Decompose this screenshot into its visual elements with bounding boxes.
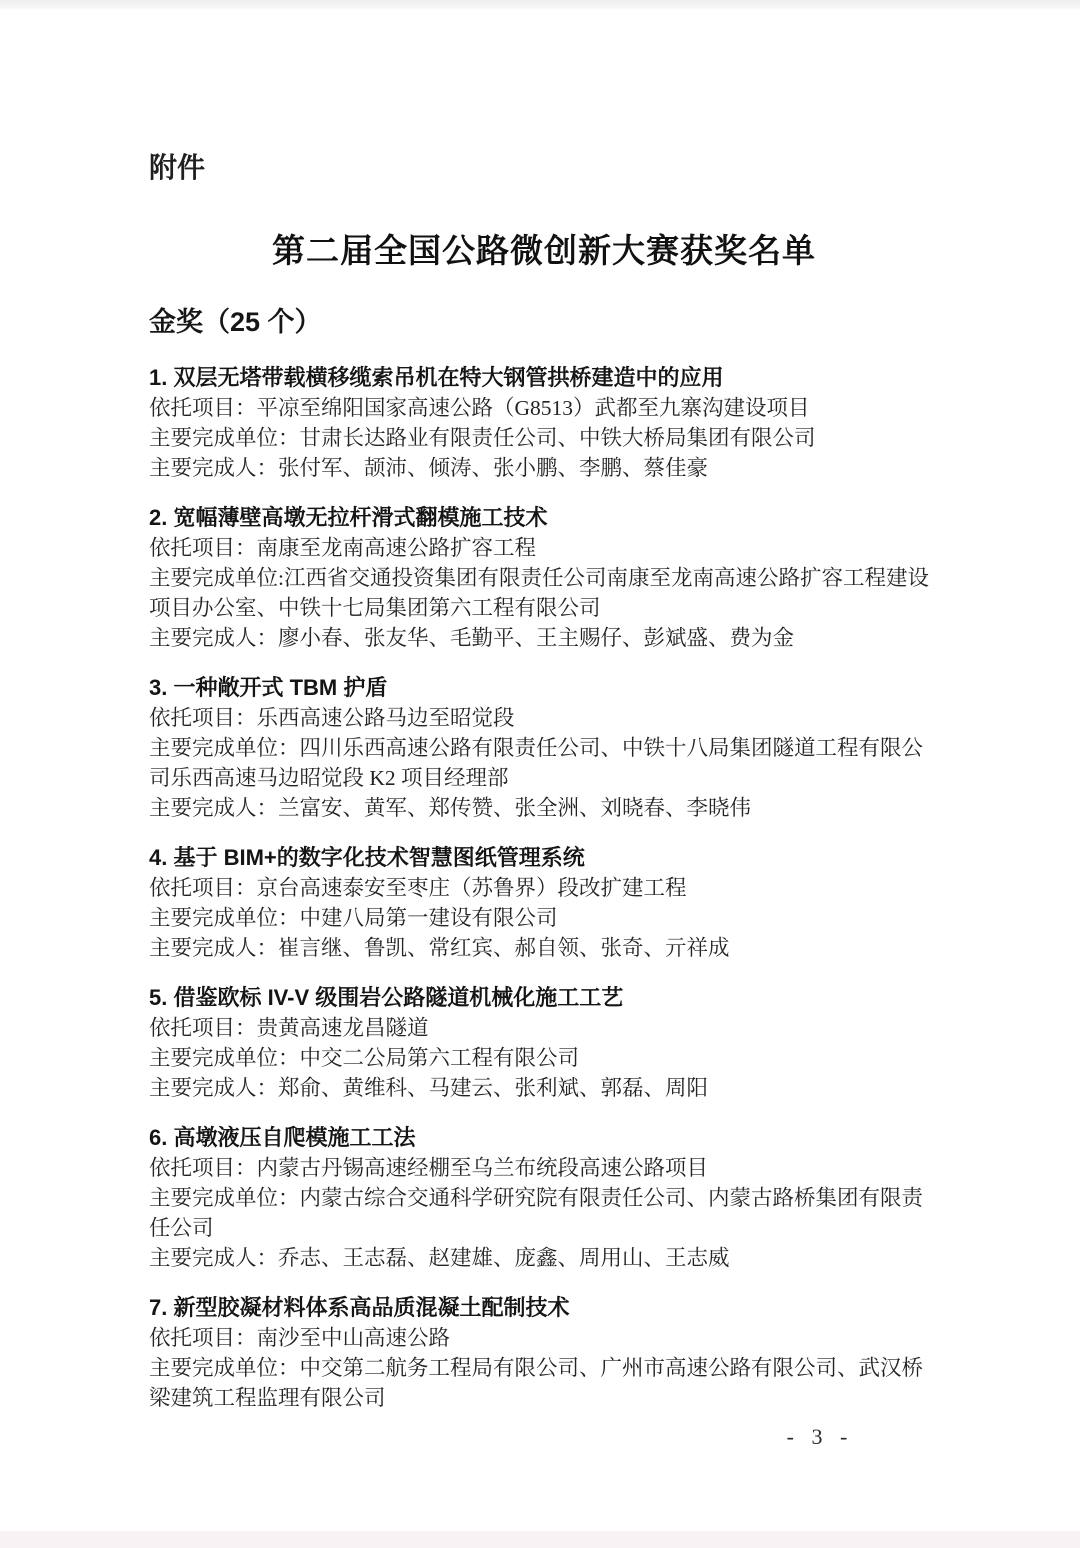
award-people: 主要完成人：郑俞、黄维科、马建云、张利斌、郭磊、周阳	[149, 1073, 939, 1103]
award-project: 依托项目：京台高速泰安至枣庄（苏鲁界）段改扩建工程	[149, 873, 939, 903]
award-project: 依托项目：平凉至绵阳国家高速公路（G8513）武都至九寨沟建设项目	[149, 393, 939, 423]
award-title: 2. 宽幅薄壁高墩无拉杆滑式翻模施工技术	[149, 503, 939, 533]
award-item-6: 6. 高墩液压自爬模施工工法 依托项目：内蒙古丹锡高速经棚至乌兰布统段高速公路项…	[149, 1123, 939, 1273]
award-project: 依托项目：乐西高速公路马边至昭觉段	[149, 703, 939, 733]
award-project: 依托项目：贵黄高速龙昌隧道	[149, 1013, 939, 1043]
award-units: 主要完成单位:江西省交通投资集团有限责任公司南康至龙南高速公路扩容工程建设项目办…	[149, 563, 939, 623]
award-title: 6. 高墩液压自爬模施工工法	[149, 1123, 939, 1153]
award-title: 3. 一种敞开式 TBM 护盾	[149, 673, 939, 703]
award-title: 1. 双层无塔带载横移缆索吊机在特大钢管拱桥建造中的应用	[149, 363, 939, 393]
award-title: 7. 新型胶凝材料体系高品质混凝土配制技术	[149, 1293, 939, 1323]
attachment-label: 附件	[149, 150, 939, 185]
award-item-2: 2. 宽幅薄壁高墩无拉杆滑式翻模施工技术 依托项目：南康至龙南高速公路扩容工程 …	[149, 503, 939, 653]
award-project: 依托项目：南沙至中山高速公路	[149, 1323, 939, 1353]
award-list: 1. 双层无塔带载横移缆索吊机在特大钢管拱桥建造中的应用 依托项目：平凉至绵阳国…	[149, 363, 939, 1413]
award-units: 主要完成单位：甘肃长达路业有限责任公司、中铁大桥局集团有限公司	[149, 423, 939, 453]
award-item-7: 7. 新型胶凝材料体系高品质混凝土配制技术 依托项目：南沙至中山高速公路 主要完…	[149, 1293, 939, 1413]
award-project: 依托项目：南康至龙南高速公路扩容工程	[149, 533, 939, 563]
award-item-5: 5. 借鉴欧标 IV-V 级围岩公路隧道机械化施工工艺 依托项目：贵黄高速龙昌隧…	[149, 983, 939, 1103]
page-title: 第二届全国公路微创新大赛获奖名单	[149, 225, 939, 272]
award-item-3: 3. 一种敞开式 TBM 护盾 依托项目：乐西高速公路马边至昭觉段 主要完成单位…	[149, 673, 939, 823]
document-page: 附件 第二届全国公路微创新大赛获奖名单 金奖（25 个） 1. 双层无塔带载横移…	[149, 150, 939, 1433]
award-title: 4. 基于 BIM+的数字化技术智慧图纸管理系统	[149, 843, 939, 873]
award-project: 依托项目：内蒙古丹锡高速经棚至乌兰布统段高速公路项目	[149, 1153, 939, 1183]
award-units: 主要完成单位：中建八局第一建设有限公司	[149, 903, 939, 933]
award-people: 主要完成人：廖小春、张友华、毛勤平、王主赐仔、彭斌盛、费为金	[149, 623, 939, 653]
award-people: 主要完成人：乔志、王志磊、赵建雄、庞鑫、周用山、王志威	[149, 1243, 939, 1273]
scan-edge-bottom	[0, 1531, 1080, 1548]
scan-edge-top	[0, 0, 1080, 10]
award-units: 主要完成单位：四川乐西高速公路有限责任公司、中铁十八局集团隧道工程有限公司乐西高…	[149, 733, 939, 793]
page-number: - 3 -	[0, 1424, 1080, 1450]
award-item-4: 4. 基于 BIM+的数字化技术智慧图纸管理系统 依托项目：京台高速泰安至枣庄（…	[149, 843, 939, 963]
award-units: 主要完成单位：中交二公局第六工程有限公司	[149, 1043, 939, 1073]
section-heading-gold-award: 金奖（25 个）	[149, 300, 939, 339]
award-people: 主要完成人：张付军、颉沛、倾涛、张小鹏、李鹏、蔡佳豪	[149, 453, 939, 483]
award-units: 主要完成单位：内蒙古综合交通科学研究院有限责任公司、内蒙古路桥集团有限责任公司	[149, 1183, 939, 1243]
award-people: 主要完成人：崔言继、鲁凯、常红宾、郝自领、张奇、亓祥成	[149, 933, 939, 963]
award-title: 5. 借鉴欧标 IV-V 级围岩公路隧道机械化施工工艺	[149, 983, 939, 1013]
award-people: 主要完成人：兰富安、黄军、郑传赞、张全洲、刘晓春、李晓伟	[149, 793, 939, 823]
award-units: 主要完成单位：中交第二航务工程局有限公司、广州市高速公路有限公司、武汉桥梁建筑工…	[149, 1353, 939, 1413]
award-item-1: 1. 双层无塔带载横移缆索吊机在特大钢管拱桥建造中的应用 依托项目：平凉至绵阳国…	[149, 363, 939, 483]
